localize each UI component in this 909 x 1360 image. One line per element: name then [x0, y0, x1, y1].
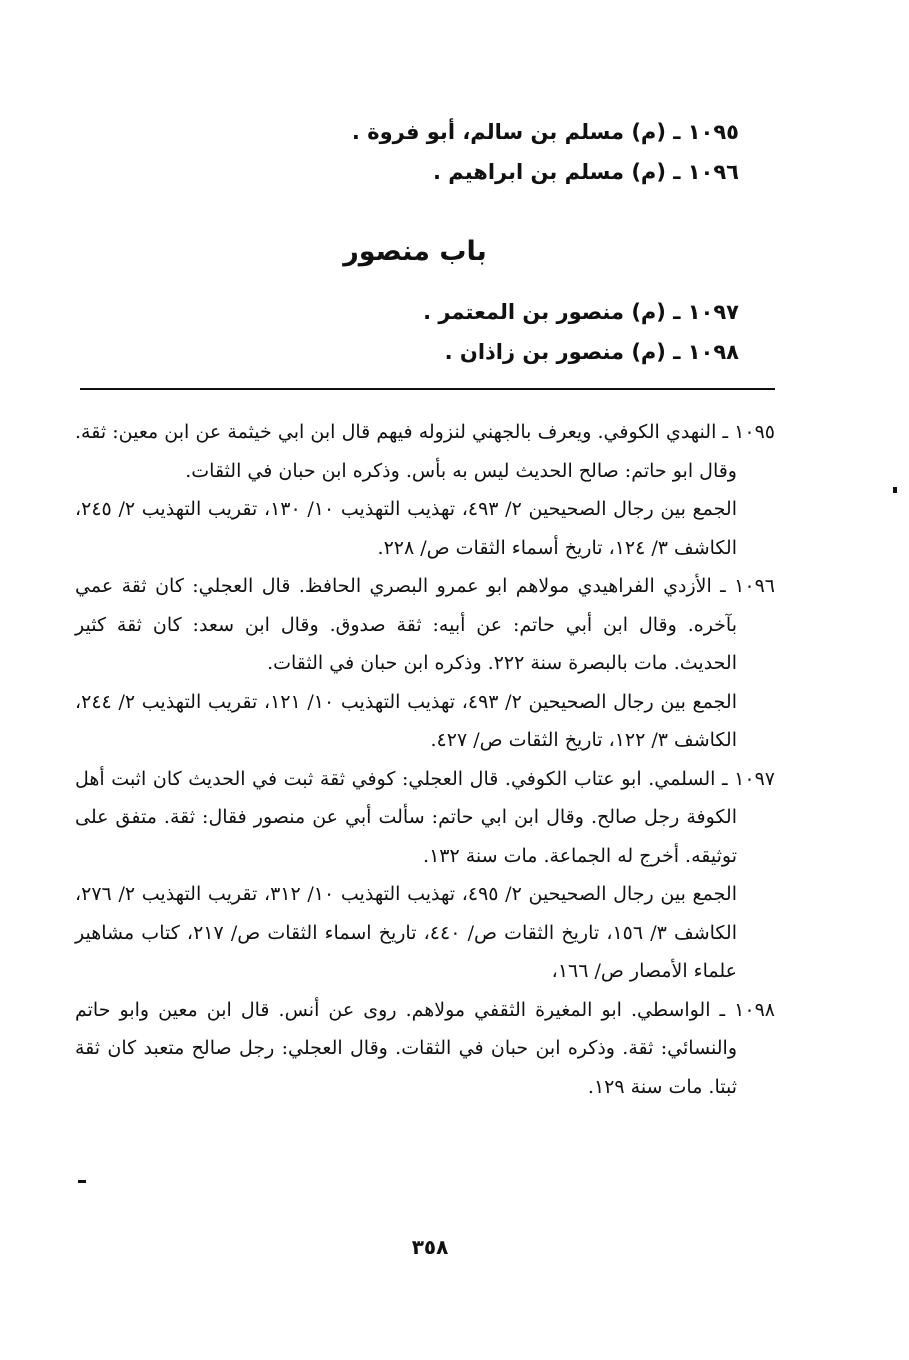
section-heading: باب منصور	[340, 232, 490, 272]
footnote-refs: الجمع بين رجال الصحيحين ٢/ ٤٩٥، تهذيب ال…	[75, 875, 775, 991]
entry-1098: ١٠٩٨ ـ (م) منصور بن زاذان .	[319, 332, 739, 372]
main-entries-mansur: ١٠٩٧ ـ (م) منصور بن المعتمر . ١٠٩٨ ـ (م)…	[319, 292, 739, 372]
scan-artifact	[78, 1180, 86, 1183]
entry-1096: ١٠٩٦ ـ (م) مسلم بن ابراهيم .	[319, 152, 739, 192]
footnote-1097: ١٠٩٧ ـ السلمي. ابو عتاب الكوفي. قال العج…	[75, 760, 775, 991]
footnote-refs: الجمع بين رجال الصحيحين ٢/ ٤٩٣، تهذيب ال…	[75, 683, 775, 760]
footnote-1098: ١٠٩٨ ـ الواسطي. ابو المغيرة الثقفي مولاه…	[75, 991, 775, 1107]
footnote-1095: ١٠٩٥ ـ النهدي الكوفي. ويعرف بالجهني لنزو…	[75, 413, 775, 567]
book-page: ١٠٩٥ ـ (م) مسلم بن سالم، أبو فروة . ١٠٩٦…	[0, 0, 909, 1360]
page-number: ٣٥٨	[395, 1232, 465, 1262]
entry-1097: ١٠٩٧ ـ (م) منصور بن المعتمر .	[319, 292, 739, 332]
footnote-bio: ١٠٩٨ ـ الواسطي. ابو المغيرة الثقفي مولاه…	[75, 991, 775, 1107]
footnote-bio: ١٠٩٥ ـ النهدي الكوفي. ويعرف بالجهني لنزو…	[75, 413, 775, 490]
footnotes: ١٠٩٥ ـ النهدي الكوفي. ويعرف بالجهني لنزو…	[75, 413, 775, 1106]
footnote-bio: ١٠٩٧ ـ السلمي. ابو عتاب الكوفي. قال العج…	[75, 760, 775, 876]
main-entries-muslim: ١٠٩٥ ـ (م) مسلم بن سالم، أبو فروة . ١٠٩٦…	[319, 112, 739, 192]
footnote-divider	[80, 388, 775, 390]
footnote-1096: ١٠٩٦ ـ الأزدي الفراهيدي مولاهم ابو عمرو …	[75, 567, 775, 760]
scan-artifact	[893, 487, 897, 493]
footnote-refs: الجمع بين رجال الصحيحين ٢/ ٤٩٣، تهذيب ال…	[75, 490, 775, 567]
entry-1095: ١٠٩٥ ـ (م) مسلم بن سالم، أبو فروة .	[319, 112, 739, 152]
footnote-bio: ١٠٩٦ ـ الأزدي الفراهيدي مولاهم ابو عمرو …	[75, 567, 775, 683]
